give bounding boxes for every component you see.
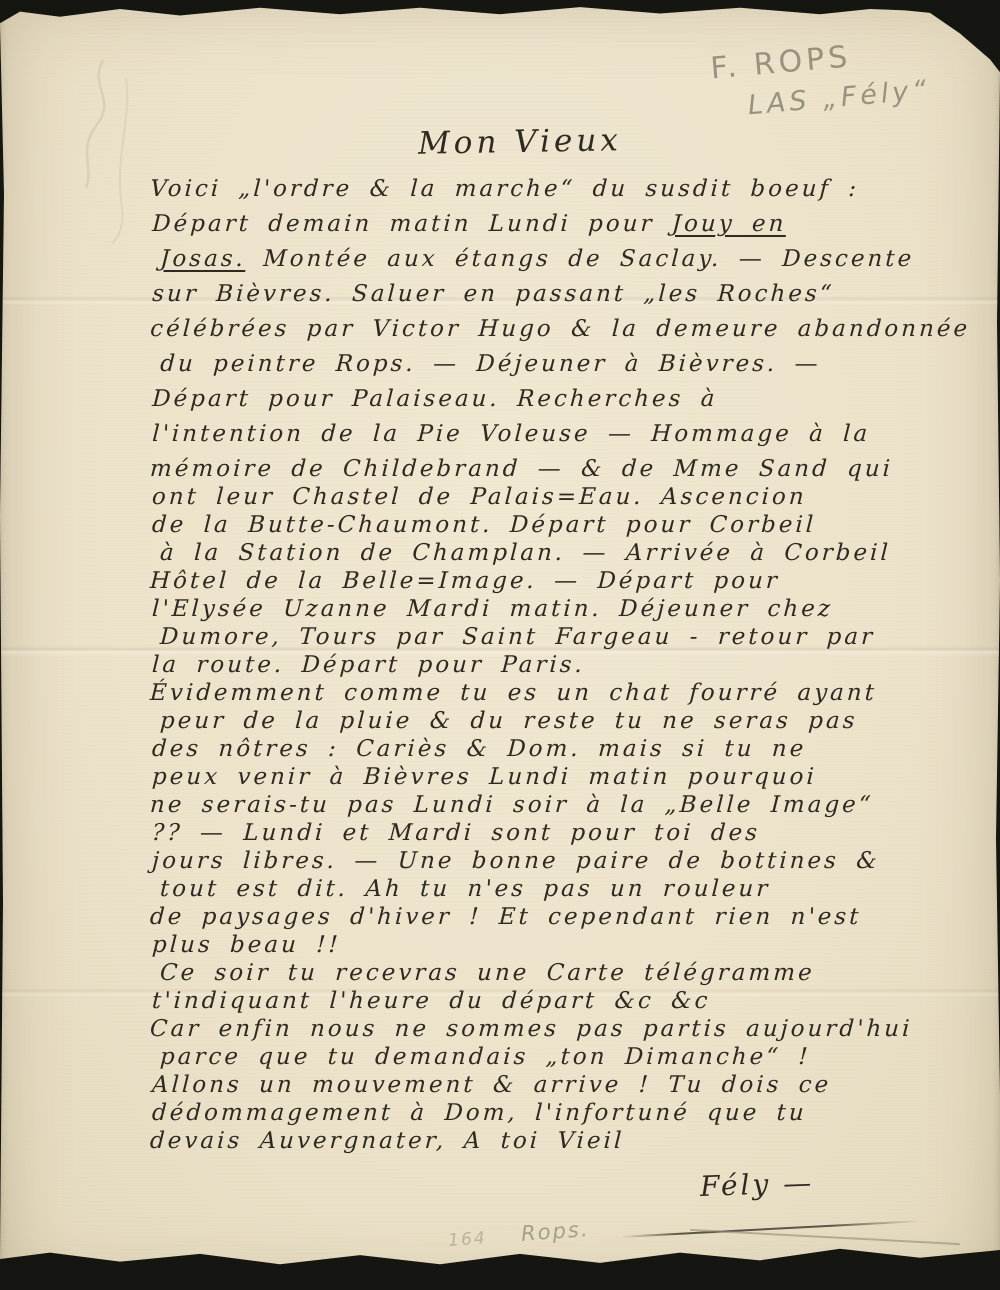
- letter-line: mémoire de Childebrand — & de Mme Sand q…: [149, 456, 972, 484]
- letter-line: du peintre Rops. — Déjeuner à Bièvres. —: [159, 351, 973, 386]
- letter-line: Départ demain matin Lundi pour Jouy en: [151, 211, 973, 246]
- letter-line: Hôtel de la Belle=Image. — Départ pour: [149, 568, 972, 596]
- letter-line: Ce soir tu recevras une Carte télégramme: [159, 960, 972, 988]
- letter-line: sur Bièvres. Saluer en passant „les Roch…: [151, 281, 973, 316]
- letter-line: la route. Départ pour Paris.: [151, 652, 972, 680]
- letter-line: Évidemment comme tu es un chat fourré ay…: [149, 680, 972, 708]
- letter-line: l'Elysée Uzanne Mardi matin. Déjeuner ch…: [151, 596, 972, 624]
- letter-line: parce que tu demandais „ton Dimanche“ !: [159, 1044, 972, 1072]
- annotation-name: Rops.: [520, 1217, 590, 1246]
- pencil-squiggle-mark: [48, 48, 158, 248]
- letter-paper: F. ROPS LAS „Fély“ Mon Vieux Voici „l'or…: [0, 0, 1000, 1290]
- letter-body: Voici „l'ordre & la marche“ du susdit bo…: [152, 176, 972, 1156]
- letter-line: des nôtres : Cariès & Dom. mais si tu ne: [151, 736, 972, 764]
- letter-line: ne serais-tu pas Lundi soir à la „Belle …: [149, 792, 972, 820]
- signature-flourish-line: [620, 1220, 920, 1238]
- letter-line: à la Station de Champlan. — Arrivée à Co…: [159, 540, 972, 568]
- letter-line: Voici „l'ordre & la marche“ du susdit bo…: [149, 176, 973, 211]
- letter-line: plus beau !!: [151, 932, 972, 960]
- letter-line: ont leur Chastel de Palais=Eau. Ascencio…: [151, 484, 972, 512]
- scan-background: F. ROPS LAS „Fély“ Mon Vieux Voici „l'or…: [0, 0, 1000, 1290]
- letter-signature: Fély —: [699, 1166, 814, 1203]
- letter-line: Dumore, Tours par Saint Fargeau - retour…: [159, 624, 972, 652]
- pencil-stray-line: [690, 1229, 960, 1245]
- letter-line: de la Butte-Chaumont. Départ pour Corbei…: [151, 512, 972, 540]
- letter-line: jours libres. — Une bonne paire de botti…: [151, 848, 972, 876]
- letter-line: Départ pour Palaiseau. Recherches à: [151, 386, 973, 421]
- letter-salutation: Mon Vieux: [418, 122, 622, 162]
- letter-line: Allons un mouvement & arrive ! Tu dois c…: [151, 1072, 972, 1100]
- letter-line: peux venir à Bièvres Lundi matin pourquo…: [151, 764, 972, 792]
- pencil-annotation-bottom: 164 Rops.: [447, 1217, 590, 1251]
- letter-line: dédommagement à Dom, l'infortuné que tu: [151, 1100, 972, 1128]
- letter-line: devais Auvergnater, A toi Vieil: [149, 1128, 972, 1156]
- letter-line: l'intention de la Pie Voleuse — Hommage …: [151, 421, 973, 456]
- letter-line: Josas. Montée aux étangs de Saclay. — De…: [159, 246, 973, 281]
- letter-line: t'indiquant l'heure du départ &c &c: [151, 988, 972, 1016]
- letter-line: peur de la pluie & du reste tu ne seras …: [159, 708, 972, 736]
- letter-line: Car enfin nous ne sommes pas partis aujo…: [149, 1016, 972, 1044]
- letter-line: tout est dit. Ah tu n'es pas un rouleur: [159, 876, 972, 904]
- annotation-number: 164: [448, 1228, 488, 1251]
- letter-line: de paysages d'hiver ! Et cependant rien …: [149, 904, 972, 932]
- letter-line: ?? — Lundi et Mardi sont pour toi des: [151, 820, 972, 848]
- letter-line: célébrées par Victor Hugo & la demeure a…: [149, 316, 973, 351]
- pencil-annotation-top-right: F. ROPS LAS „Fély“: [709, 31, 932, 130]
